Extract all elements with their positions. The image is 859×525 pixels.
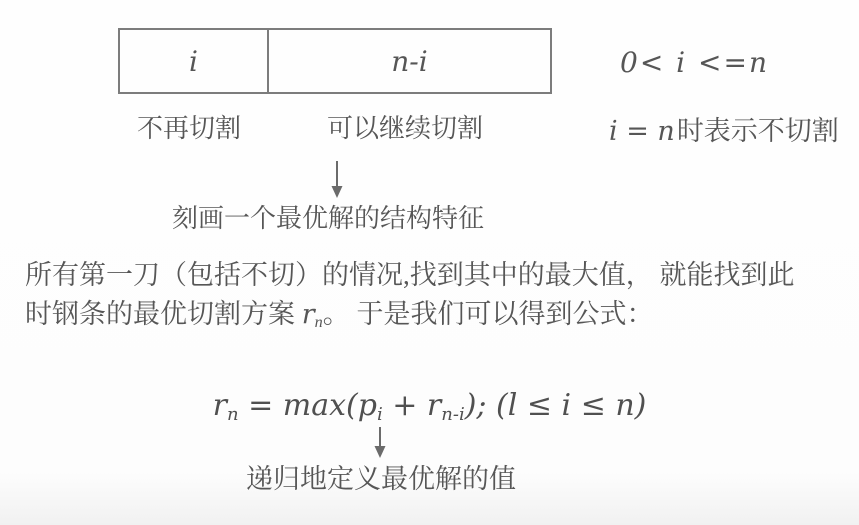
rod-cell-n-minus-i: n-i	[269, 30, 550, 92]
label-i-equals-n-note: i = n时表示不切割	[609, 109, 839, 148]
paragraph-line-2-text: 时钢条的最优切割方案	[25, 299, 302, 329]
label-no-more-cutting: 不再切割	[137, 108, 241, 145]
rod-cell-i-label: i	[189, 45, 198, 78]
i-equals-n-variable: i = n	[609, 116, 675, 147]
range-condition: 0< i <=n	[620, 46, 769, 79]
formula-p: p	[358, 388, 377, 423]
i-equals-n-text: 时表示不切割	[677, 116, 839, 146]
formula-r2: r	[427, 388, 441, 423]
paragraph-line-2-tail: 。 于是我们可以得到公式：	[323, 299, 654, 329]
recurrence-formula: rn = max(pi + rn-i); (l ≤ i ≤ n)	[0, 388, 859, 423]
rod-segment-box: i n-i	[118, 28, 552, 94]
formula-r2-sub: n-i	[441, 404, 464, 425]
rod-cell-i: i	[120, 30, 269, 92]
rod-cell-n-minus-i-label: n-i	[391, 45, 427, 78]
formula-equals-max: = max(	[239, 388, 358, 423]
recursive-definition-caption: 递归地定义最优解的值	[246, 457, 516, 496]
paragraph-line-1: 所有第一刀（包括不切）的情况,找到其中的最大值， 就能找到此	[25, 256, 845, 295]
paragraph-line-2: 时钢条的最优切割方案 rn。 于是我们可以得到公式：	[25, 295, 845, 338]
formula-r1-sub: n	[227, 404, 239, 425]
down-arrow-icon	[373, 427, 387, 458]
formula-plus: +	[383, 388, 427, 423]
structure-caption: 刻画一个最优解的结构特征	[172, 198, 484, 235]
formula-condition: ); (l ≤ i ≤ n)	[465, 388, 647, 423]
formula-r1: r	[213, 388, 227, 423]
down-arrow-icon	[330, 161, 344, 198]
formula-p-sub: i	[377, 404, 383, 425]
body-paragraph: 所有第一刀（包括不切）的情况,找到其中的最大值， 就能找到此 时钢条的最优切割方…	[25, 256, 845, 338]
slide: i n-i 0< i <=n 不再切割 可以继续切割 i = n时表示不切割 刻…	[0, 0, 859, 525]
r-n-variable: r	[302, 299, 315, 330]
r-n-subscript: n	[315, 313, 323, 331]
label-can-continue-cutting: 可以继续切割	[327, 108, 483, 145]
